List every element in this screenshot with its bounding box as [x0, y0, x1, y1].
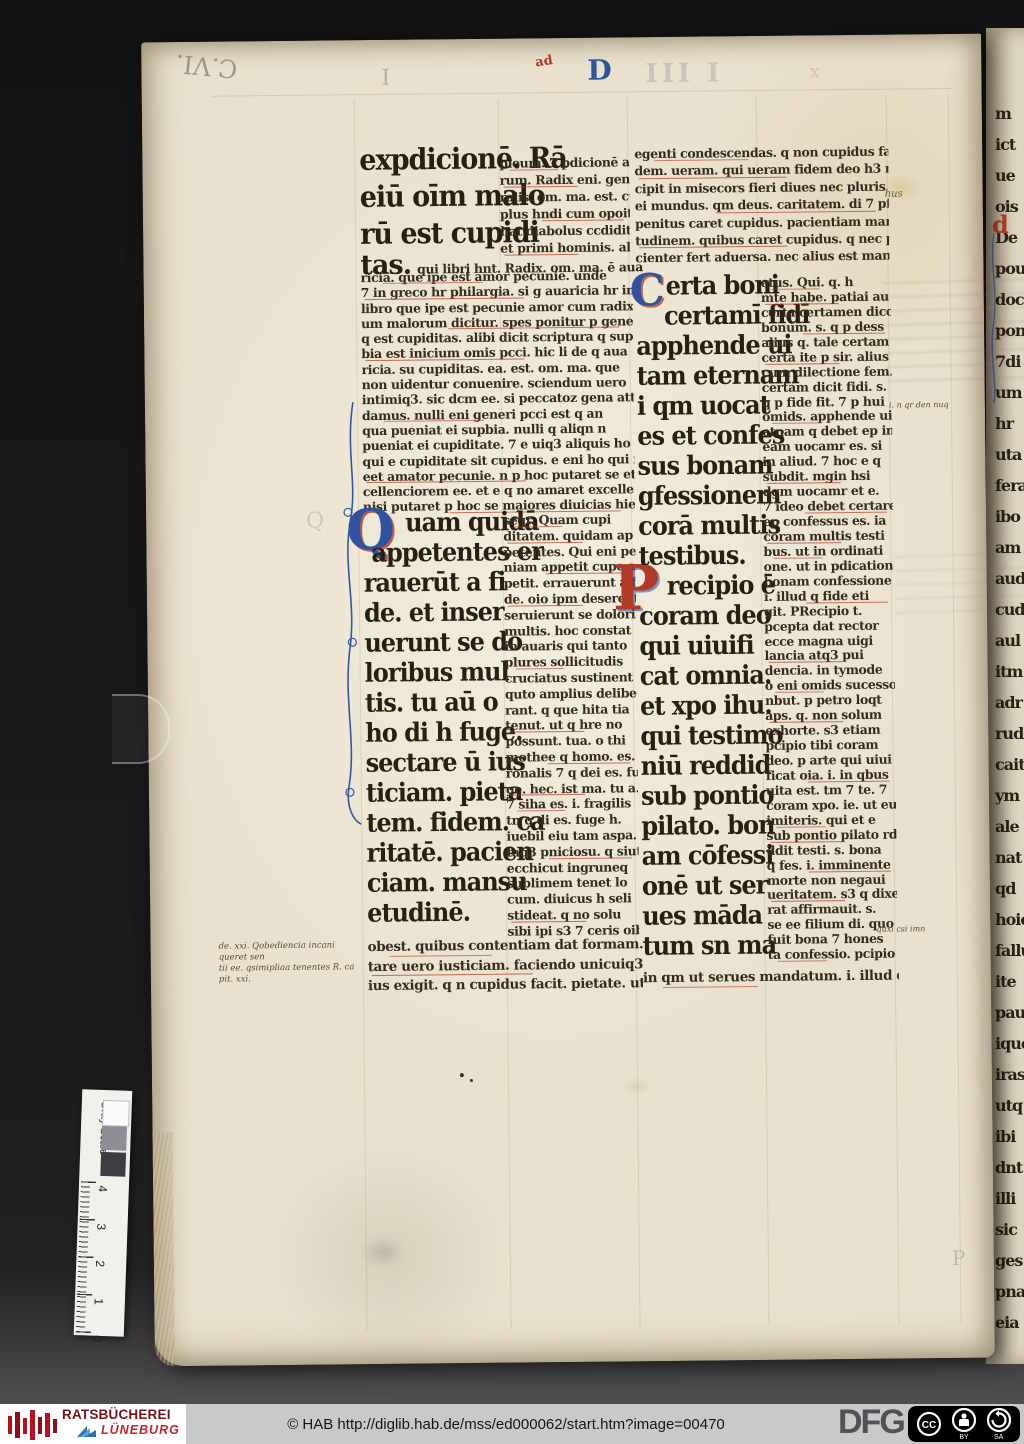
stain [360, 1235, 406, 1269]
text-line: cienter fert aduersa. nec alius est mans… [635, 247, 889, 267]
text-line: tam eternam [636, 359, 762, 393]
penwork-flourish [323, 392, 368, 832]
text-line: hat diabolus ccdidit. [500, 221, 630, 239]
text-line: loribus mul [365, 655, 511, 689]
text-line: ticiam. pieta [366, 775, 512, 809]
gloss-block-full-a: ricia. que ipe est amor pecunie. unde7 i… [360, 267, 635, 515]
text-line: taq3 pniciosu. q siut [507, 843, 639, 860]
text-line: ius exigit. q n cupidus facit. pietate. … [368, 974, 643, 996]
text-line: am cōfessi [641, 839, 767, 873]
text-line: itm [986, 656, 1024, 687]
page-edge-stack [153, 1132, 175, 1366]
text-line: ralis. om. ma. est. cu [500, 187, 630, 205]
text-line: hr [986, 408, 1024, 439]
ruling-line [212, 88, 952, 97]
erased-pencil-text [894, 551, 1024, 622]
organ-pipes-icon [6, 1408, 58, 1440]
text-line: adr [986, 687, 1024, 718]
cc-text: CC [922, 1420, 936, 1431]
text-line: cruciatus sustinent [505, 669, 637, 686]
grayscale-patch-white [102, 1100, 130, 1127]
text-line: ibo [986, 501, 1024, 532]
logo-line2: LÜNEBURG [101, 1424, 180, 1437]
text-line: qui uiuifi [639, 629, 765, 663]
text-line: fera [986, 470, 1024, 501]
text-line: testibus. [638, 539, 764, 573]
text-line: 2 [81, 1255, 119, 1272]
gloss-column-mid-a: pieum. 7 pdicionē aiarum. Radix eni. gen… [499, 153, 630, 256]
text-line: de. xxi. Qobediencia incani queret sen [219, 940, 361, 963]
text-line: stideat. q no solu [507, 906, 639, 923]
text-line: tum sn ma [642, 929, 768, 963]
gloss-column-right: etus. Qui. q. hmte habe. patiai aucerta … [761, 275, 898, 963]
text-line: cat omnia. [640, 659, 766, 693]
ink-speck [470, 1079, 473, 1082]
stain [881, 174, 923, 200]
text-line: sectare ū ius [365, 745, 511, 779]
text-line: et primi hominis. ali [500, 238, 630, 256]
text-line: in auaris qui tanto [504, 638, 636, 655]
text-line: certamī fidī [636, 299, 762, 333]
text-line: es et confes [637, 419, 763, 453]
text-line: ues māda [642, 899, 768, 933]
text-line: pit. xxi. [219, 973, 361, 985]
faint-numeral: I [381, 66, 390, 91]
text-line: rant. q que hita tia [505, 701, 637, 718]
text-line: tis. tu aū o [365, 685, 511, 719]
text-line: pieum. 7 pdicionē aia [499, 153, 629, 171]
text-line: rauerūt a fi [364, 565, 510, 599]
text-line: tenut. ut q hre no [505, 717, 637, 734]
text-line: mothee q homo. es. [506, 748, 638, 765]
text-line: uerunt se do [364, 625, 510, 659]
text-line: 4 [84, 1180, 122, 1197]
pencil-shelfmark: C.VI. [174, 49, 239, 84]
red-header-tag: ad [534, 53, 554, 70]
text-line: aul [986, 625, 1024, 656]
book-fan-icon [76, 1424, 98, 1438]
text-line: plus hndi cum opoitet. [500, 204, 630, 222]
dfg-logo: DFG [838, 1402, 904, 1442]
attribution-bar: RATSBÜCHEREI LÜNEBURG © HAB http://digli… [0, 1404, 1024, 1444]
text-line: pau [986, 997, 1024, 1028]
text-line: m [986, 98, 1024, 129]
text-line: tem. fidem. ca [366, 805, 512, 839]
text-line: coram deo [639, 599, 765, 633]
text-line: tn q di es. fuge h. [506, 811, 638, 828]
text-line: uam quidā [363, 505, 509, 539]
text-line: apphende ui [636, 329, 762, 363]
margin-note-low: quxi csi imn [876, 924, 925, 934]
cc-by-icon: BY [951, 1407, 977, 1441]
text-line: ym [986, 780, 1024, 811]
text-line: eiū oīm malo [360, 176, 502, 217]
text-line: i qm uocat [637, 389, 763, 423]
biblical-text-right: erta bonicertamī fidīapphende uitam eter… [636, 270, 769, 961]
text-line: ue [986, 160, 1024, 191]
biblical-text-left-b: uam quidāappetentes errauerūt a fide. et… [363, 507, 513, 929]
logo-line1: RATSBÜCHEREI [62, 1408, 180, 1422]
text-line: sus bonam [637, 449, 763, 483]
text-line: erta boni [636, 269, 762, 303]
text-line: ale [986, 811, 1024, 842]
text-line: 3 [83, 1218, 121, 1235]
text-line: gfessionem [638, 479, 764, 513]
logo-text: RATSBÜCHEREI LÜNEBURG [62, 1408, 180, 1438]
manuscript-page: C.VI. I ad D III I x expdicionē. Rāeiū o… [141, 34, 995, 1367]
text-line: bonam confessione [764, 573, 894, 589]
text-line: quto amplius delibe [505, 685, 637, 702]
text-line: etudinē. [367, 895, 513, 929]
text-line: ciam. mansu [367, 865, 513, 899]
blue-running-letter: D [587, 54, 612, 87]
text-line: ta confessio. pcipio [768, 947, 898, 963]
stain [622, 1077, 652, 1095]
text-line: sub pontio [641, 779, 767, 813]
text-line: nat [986, 842, 1024, 873]
text-line: ritatē. pacien [366, 835, 512, 869]
text-line: 1 [80, 1293, 118, 1310]
ink-speck [460, 1073, 464, 1077]
text-line: hoie [986, 904, 1024, 935]
gloss-block-bottom: obest. quibus contentiam dat formam. sec… [367, 935, 643, 996]
text-line: rum. Radix eni. gene [499, 170, 629, 188]
text-line: uta [986, 439, 1024, 470]
text-line: cait [986, 749, 1024, 780]
pencil-p-mark: P [952, 1246, 966, 1270]
text-line: niū reddid [641, 749, 767, 783]
text-line: corā multis [638, 509, 764, 543]
margin-note-left: de. xxi. Qobediencia incani queret senti… [219, 940, 361, 985]
text-line: in qm ut serues mandatum. i. illud qd [643, 967, 899, 989]
text-line: ronalis 7 q dei es. fu [506, 764, 638, 781]
text-line: recipio ē [639, 569, 765, 603]
guide-letter: Q [306, 509, 324, 534]
text-line: expdicionē. Rā [359, 139, 501, 180]
text-line: seqr. Quam cupi [503, 511, 635, 528]
text-line: de. et inser [364, 595, 510, 629]
text-line: sublimem tenet lo [507, 875, 639, 892]
cc-icon: CC [916, 1411, 942, 1437]
manuscript-scan-viewport: mictueoisDepoudocpon7diumhrutaferaiboama… [0, 0, 1024, 1444]
text-line: qui testimo [640, 719, 766, 753]
faint-pink-mark: x [809, 61, 819, 82]
text-line: cum. diuicus h seli [507, 890, 639, 907]
page-holder-clip [112, 694, 170, 764]
text-line: tii ee. qsimipliaa tenentes R. ca [219, 962, 361, 974]
text-line: ditatem. quidam ap [503, 527, 635, 544]
ratsbuecherei-logo: RATSBÜCHEREI LÜNEBURG [0, 1404, 186, 1444]
gloss-block-right-top: egenti condescendas. q non cupidus facit… [634, 143, 889, 267]
biblical-text-left-a: expdicionē. Rāeiū oīm malorū est cupidi [359, 141, 502, 253]
text-line: 0 [79, 1330, 117, 1347]
grayscale-ruler: Gray Scale 43210 [74, 1089, 133, 1337]
text-line: appetentes er [363, 535, 509, 569]
text-line: ecchicut ingruneq [507, 859, 639, 876]
text-line: ge. hec. ist ma. tu a. [506, 780, 638, 797]
margin-note-mid: i. n qr den nuq [889, 400, 949, 410]
text-line: possunt. tua. o thi [505, 732, 637, 749]
bottom-right-line: in qm ut serues mandatum. i. illud qd [643, 967, 899, 989]
text-line: plures sollicitudis [505, 653, 637, 670]
cc-by-label: BY [959, 1434, 968, 1441]
text-line: pilato. bon [641, 809, 767, 843]
erased-pencil-text [883, 277, 1024, 395]
text-line: coram xpo. ie. ut eu [766, 797, 896, 813]
text-line: ict [986, 129, 1024, 160]
ruling-line [948, 94, 962, 1324]
text-line: ite [986, 966, 1024, 997]
text-line: et xpo ihu. [640, 689, 766, 723]
text-line: onē ut ser [642, 869, 768, 903]
text-line: fallu [986, 935, 1024, 966]
text-line: 7 siha es. i. fragilis [506, 796, 638, 813]
source-url: © HAB http://diglib.hab.de/mss/ed000062/… [196, 1404, 816, 1444]
text-line: iuebil eiu tam aspa. [506, 827, 638, 844]
cc-license-badge: CC BY SA [908, 1406, 1020, 1442]
text-line: rude [986, 718, 1024, 749]
ghost-letters: III I [645, 58, 723, 89]
cc-sa-label: SA [994, 1434, 1003, 1441]
text-line: pcepta dat rector [764, 618, 894, 634]
text-line: ho di h fuge. [365, 715, 511, 749]
grayscale-patch-mid [101, 1126, 127, 1151]
cc-sa-icon: SA [986, 1407, 1012, 1441]
text-line: qd [986, 873, 1024, 904]
text-line: i. illud q fide eti [764, 588, 894, 604]
